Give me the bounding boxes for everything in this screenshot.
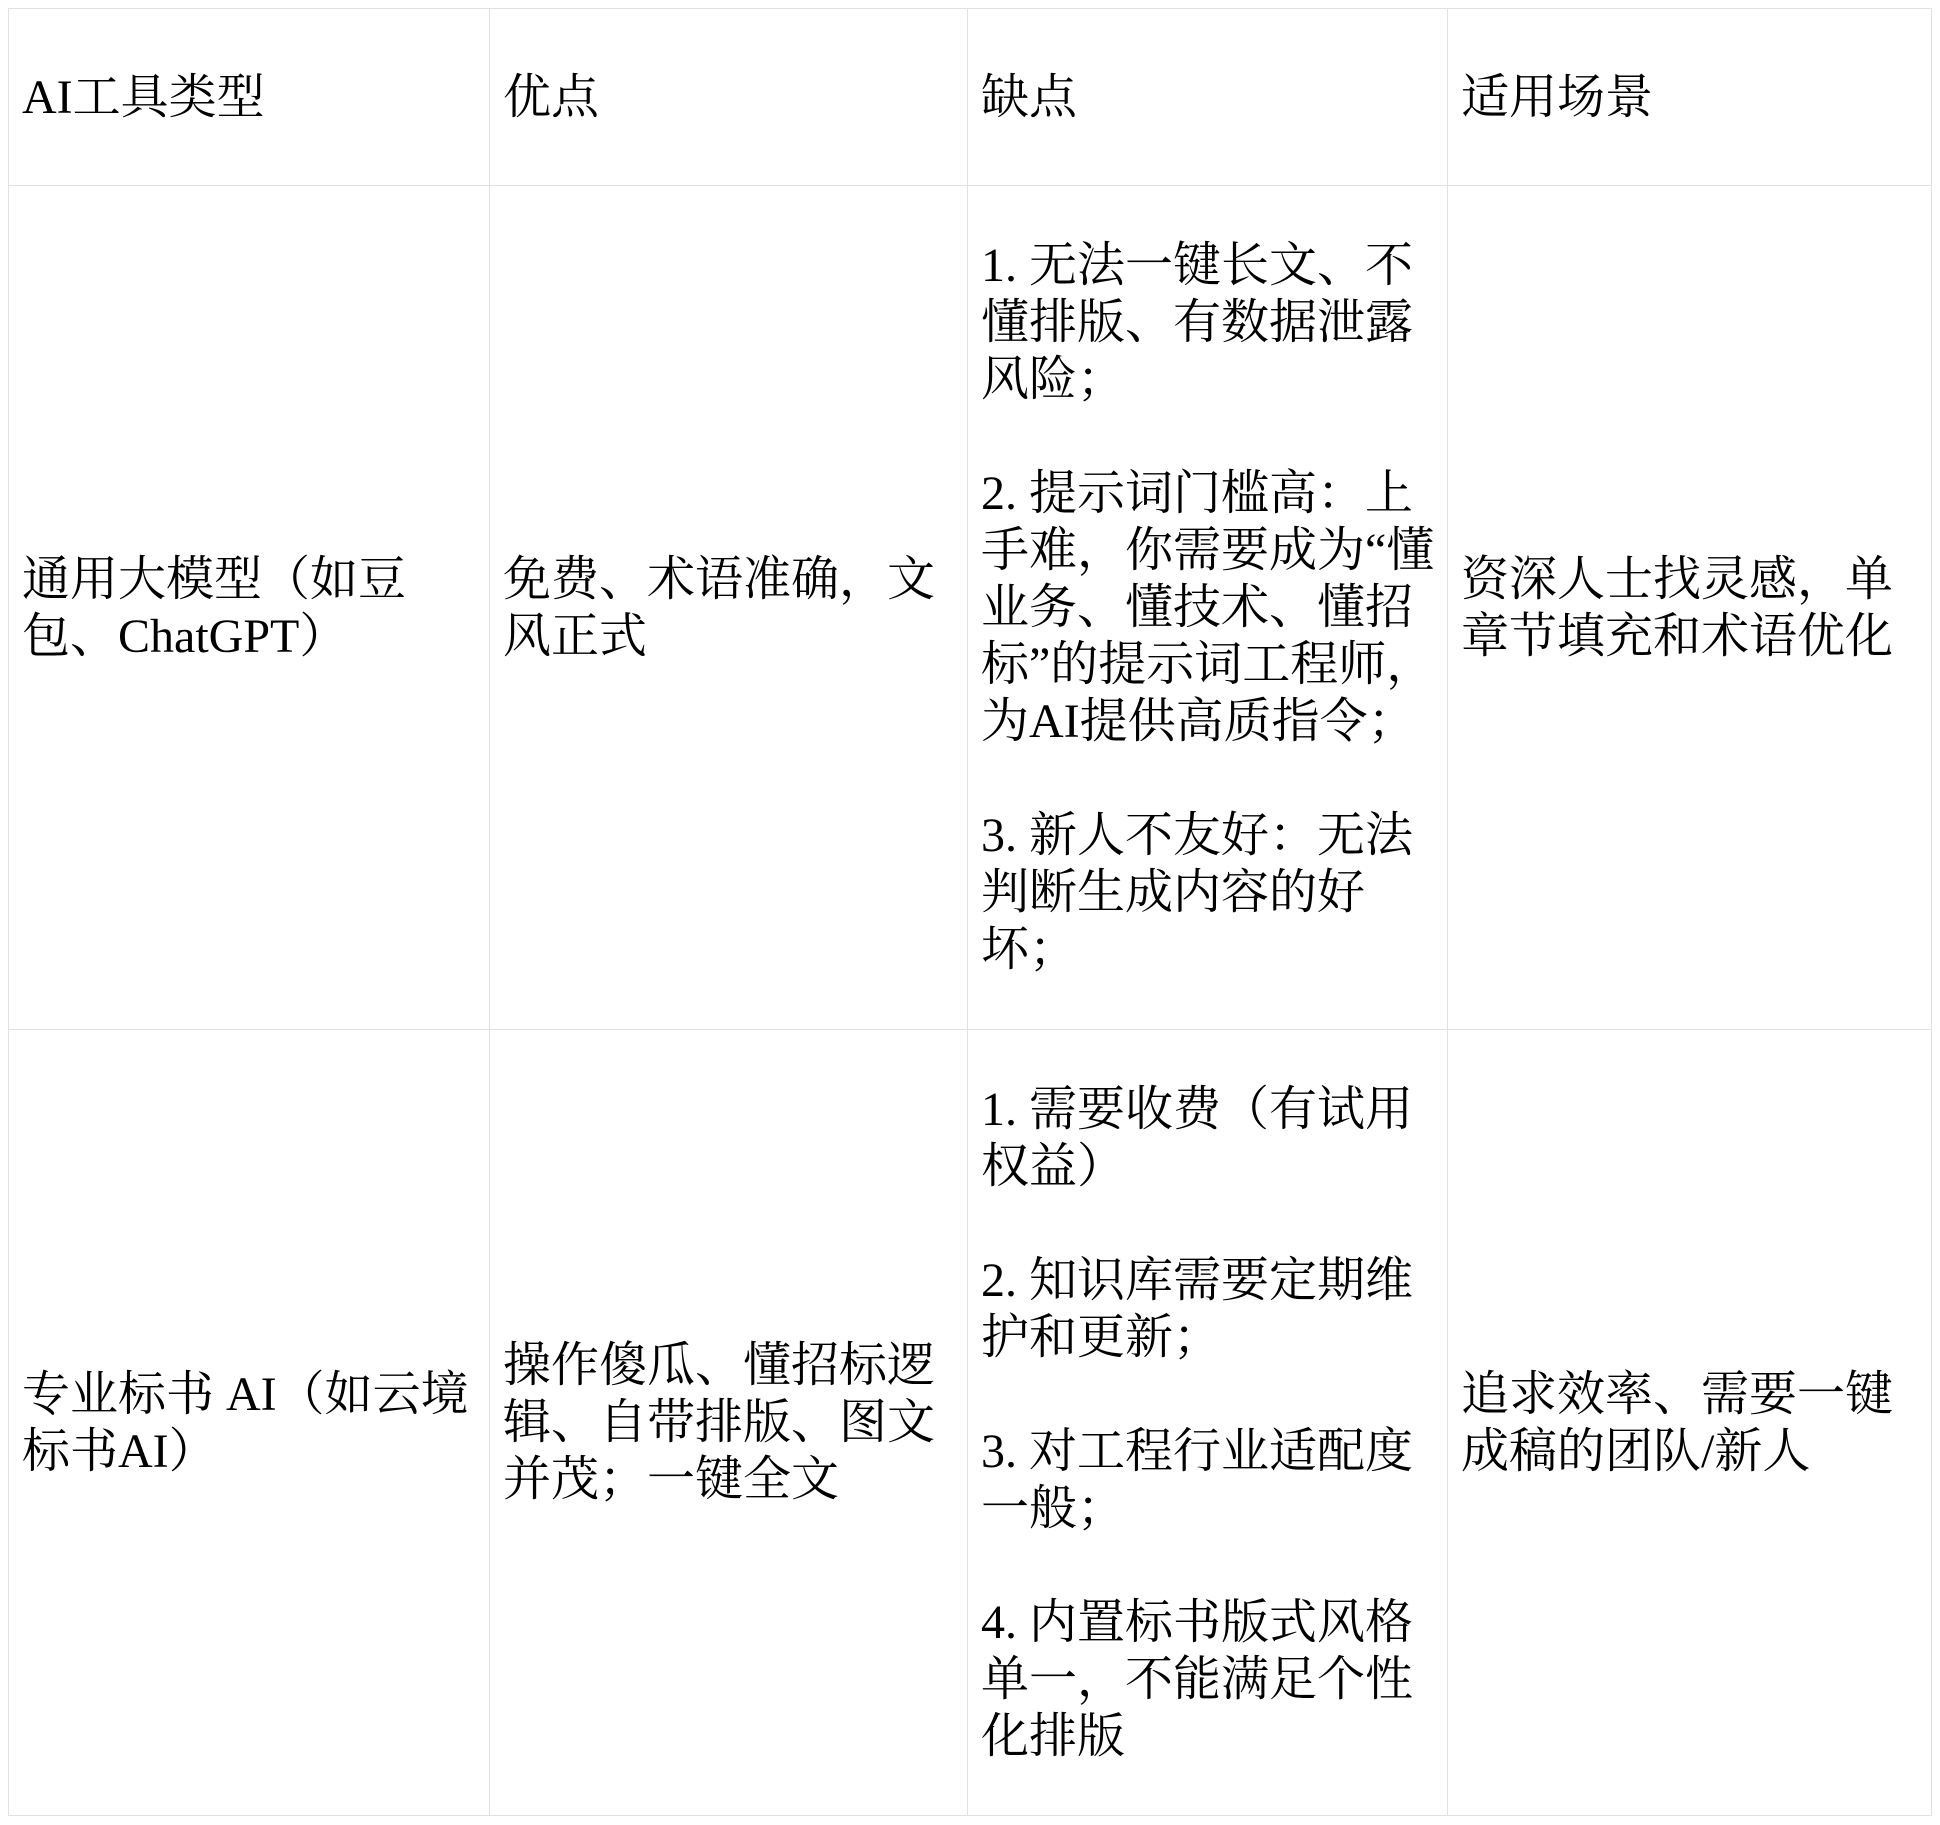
header-cell-cons: 缺点: [968, 9, 1448, 186]
ai-tools-comparison-table: AI工具类型 优点 缺点 适用场景 通用大模型（如豆包、ChatGPT） 免费、…: [8, 8, 1932, 1816]
cell-scenarios: 追求效率、需要一键成稿的团队/新人: [1448, 1030, 1932, 1816]
cell-pros: 免费、术语准确，文风正式: [490, 186, 968, 1030]
cell-tool-type: 通用大模型（如豆包、ChatGPT）: [9, 186, 490, 1030]
header-cell-pros: 优点: [490, 9, 968, 186]
cell-tool-type: 专业标书 AI（如云境标书AI）: [9, 1030, 490, 1816]
table-row-general-llm: 通用大模型（如豆包、ChatGPT） 免费、术语准确，文风正式 1. 无法一键长…: [9, 186, 1932, 1030]
cell-pros: 操作傻瓜、懂招标逻辑、自带排版、图文并茂；一键全文: [490, 1030, 968, 1816]
cell-cons: 1. 需要收费（有试用权益） 2. 知识库需要定期维护和更新； 3. 对工程行业…: [968, 1030, 1448, 1816]
header-cell-ai-tool-type: AI工具类型: [9, 9, 490, 186]
table-header-row: AI工具类型 优点 缺点 适用场景: [9, 9, 1932, 186]
cell-scenarios: 资深人士找灵感，单章节填充和术语优化: [1448, 186, 1932, 1030]
cell-cons: 1. 无法一键长文、不懂排版、有数据泄露风险； 2. 提示词门槛高：上手难，你需…: [968, 186, 1448, 1030]
header-cell-scenarios: 适用场景: [1448, 9, 1932, 186]
table-row-pro-bid-ai: 专业标书 AI（如云境标书AI） 操作傻瓜、懂招标逻辑、自带排版、图文并茂；一键…: [9, 1030, 1932, 1816]
